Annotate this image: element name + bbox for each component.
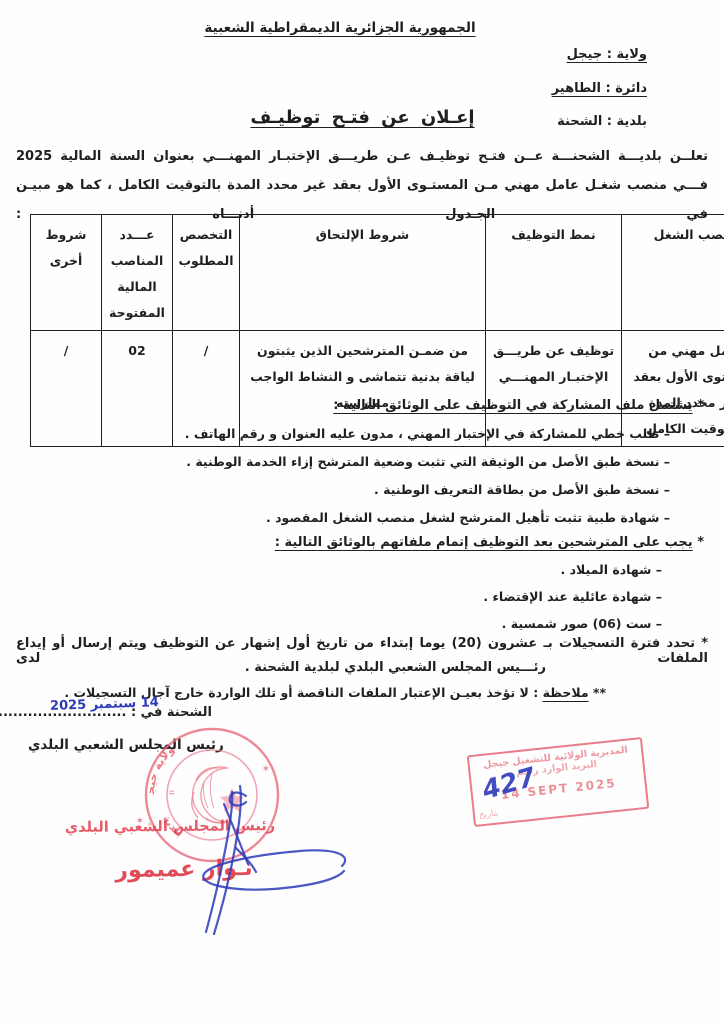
list-item: – شهادة الميلاد . xyxy=(561,562,662,577)
list-item: – نسخة طبق الأصل من الوثيقة التي تثبت وض… xyxy=(186,454,670,469)
table-header-row: منصب الشغل نمط التوظيف شروط الإلتحاق الت… xyxy=(31,215,724,331)
list-item: – نسخة طبق الأصل من بطاقة التعريف الوطني… xyxy=(374,482,670,497)
header-conditions: شروط الإلتحاق xyxy=(240,215,486,331)
dossier-heading-text: يشتمل ملف المشاركة في التوظيف على الوثائ… xyxy=(333,398,692,413)
republic-header: الجمهورية الجزائرية الديمقراطية الشعبية xyxy=(160,20,520,36)
asterisk: * xyxy=(697,535,704,550)
intro-line-1: تعلــن بلديـــة الشحنـــة عــن فتـح توظي… xyxy=(16,149,708,164)
daira-line: دائرة : الطاهير xyxy=(552,81,647,96)
received-stamp: المديرية الولائية للتشغيل جيجل البريد ال… xyxy=(467,737,650,827)
header-mode: نمط التوظيف xyxy=(486,215,622,331)
list-item: – شهادة عائلية عند الإقتضاء . xyxy=(483,589,662,604)
list-item: – ست (06) صور شمسية . xyxy=(502,616,662,631)
header-post: منصب الشغل xyxy=(622,215,724,331)
completion-section-heading: * يجب على المترشحين بعد التوظيف إتمام مل… xyxy=(275,535,704,550)
commune-line: بلدية : الشحنة xyxy=(557,114,647,129)
header-positions: عـــدد المناصب المالية المفتوحة xyxy=(102,215,173,331)
page-title: إعـلان عن فتـح توظيـف xyxy=(225,107,500,128)
header-specialty: التخصص المطلوب xyxy=(173,215,240,331)
note-stars: ** xyxy=(593,685,606,700)
list-item: – طلب خطي للمشاركة في الإختبار المهني ، … xyxy=(185,426,670,441)
signature-ink xyxy=(148,752,368,952)
registration-line-2: رئـــيس المجلس الشعبي البلدي لبلدية الشح… xyxy=(245,660,546,675)
completion-heading-text: يجب على المترشحين بعد التوظيف إتمام ملفا… xyxy=(275,535,693,550)
list-item: – شهادة طبية تثبت تأهيل المترشح لشغل منص… xyxy=(266,510,670,525)
received-stamp-date-label: بتاريخ xyxy=(479,808,499,820)
asterisk: * xyxy=(697,398,704,413)
cell-other: / xyxy=(31,331,102,447)
note-label: ملاحظة xyxy=(543,685,589,700)
document-page: الجمهورية الجزائرية الديمقراطية الشعبية … xyxy=(0,0,724,1024)
cell-positions: 02 xyxy=(102,331,173,447)
wilaya-line: ولاية : جيجل xyxy=(567,47,647,62)
dossier-section-heading: * يشتمل ملف المشاركة في التوظيف على الوث… xyxy=(333,398,704,413)
header-other: شروط أخرى xyxy=(31,215,102,331)
